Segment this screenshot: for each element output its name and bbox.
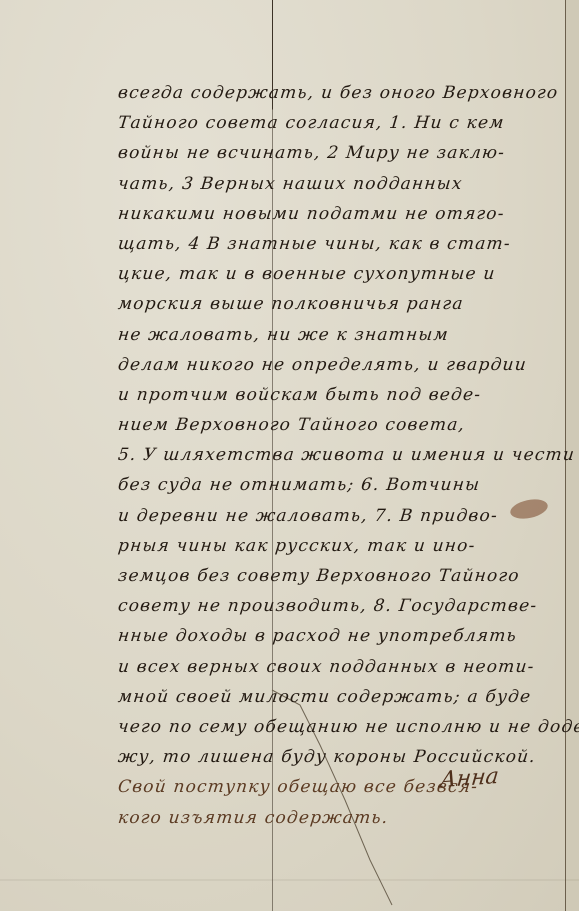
text-line: нием Верховного Тайного совета, [116, 410, 569, 440]
text-line: цкие, так и в военные сухопутные и [116, 259, 569, 289]
text-line: мной своей милости содержать; а буде [116, 682, 569, 712]
text-line: Тайного совета согласия, 1. Ни с кем [116, 108, 569, 138]
text-line: без суда не отнимать; 6. Вотчины [116, 470, 569, 500]
text-line: и деревни не жаловать, 7. В придво- [116, 501, 569, 531]
text-line: никакими новыми податми не отяго- [116, 199, 569, 229]
text-line: совету не производить, 8. Государстве- [116, 591, 569, 621]
text-line: не жаловать, ни же к знатным [116, 320, 569, 350]
text-line: 5. У шляхетства живота и имения и чести [116, 440, 569, 470]
text-line: и всех верных своих подданных в неоти- [116, 652, 569, 682]
text-line: войны не всчинать, 2 Миру не заклю- [116, 138, 569, 168]
text-line: делам никого не определять, и гвардии [116, 350, 569, 380]
text-line: жу, то лишена буду короны Российской. [116, 742, 569, 772]
text-line: земцов без совету Верховного Тайного [116, 561, 569, 591]
text-line: кого изъятия содержать. [116, 803, 569, 833]
manuscript-text: всегда содержать, и без оного Верховного… [118, 78, 568, 833]
signature: Анна [439, 764, 500, 793]
text-line: морския выше полковничья ранга [116, 289, 569, 319]
text-line: и протчим войскам быть под веде- [116, 380, 569, 410]
text-line: чать, 3 Верных наших подданных [116, 169, 569, 199]
text-line: рныя чины как русских, так и ино- [116, 531, 569, 561]
text-line: чего по сему обещанию не исполню и не до… [116, 712, 569, 742]
manuscript-page: всегда содержать, и без оного Верховного… [0, 0, 579, 911]
text-line: щать, 4 В знатные чины, как в стат- [116, 229, 569, 259]
text-line: нные доходы в расход не употреблять [116, 621, 569, 651]
text-line: Свой поступку обещаю все безвся- [116, 772, 569, 802]
text-line: всегда содержать, и без оного Верховного [116, 78, 569, 108]
